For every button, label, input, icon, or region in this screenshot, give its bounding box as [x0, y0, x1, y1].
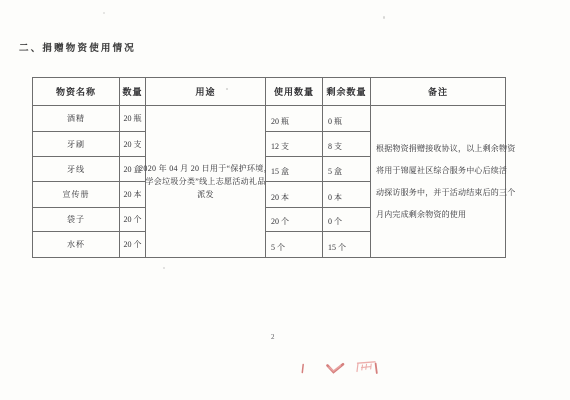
table-row-remaining-quantity: 0 个 [323, 208, 371, 232]
remarks-line: 根据物资捐赠接收协议，以上剩余物资 [376, 138, 515, 160]
purpose-line: 学会垃圾分类”线上志愿活动礼品 [145, 175, 265, 188]
table-row-material-name: 牙刷 [33, 132, 120, 157]
red-ink-marks [295, 355, 415, 379]
table-row-used-quantity: 20 瓶 [266, 106, 323, 132]
col-header-material-name: 物资名称 [33, 78, 120, 106]
donated-supplies-usage-table: 物资名称 数量 用途 使用数量 剩余数量 备注 酒精 牙刷 牙线 宣传册 袋子 … [32, 77, 506, 258]
table-row-remaining-quantity: 15 个 [323, 232, 371, 257]
col-header-remarks: 备注 [371, 78, 505, 106]
table-row-quantity: 20 个 [120, 232, 146, 257]
col-header-quantity: 数量 [120, 78, 146, 106]
remarks-line: 将用于锦厦社区综合服务中心后续活 [376, 160, 507, 182]
scan-speck [103, 12, 105, 14]
table-row-quantity: 20 支 [120, 132, 146, 157]
scanned-document-page: 二、捐赠物资使用情况 物资名称 数量 用途 使用数量 剩余数量 备注 酒精 牙刷… [0, 0, 570, 400]
purpose-line: 派发 [197, 188, 214, 201]
purpose-cell: 2020 年 04 月 20 日用于“保护环境， 学会垃圾分类”线上志愿活动礼品… [146, 106, 266, 257]
col-header-used-quantity: 使用数量 [266, 78, 323, 106]
table-row-used-quantity: 20 本 [266, 182, 323, 208]
remarks-cell: 根据物资捐赠接收协议，以上剩余物资 将用于锦厦社区综合服务中心后续活 动探访服务… [371, 106, 505, 257]
table-row-material-name: 袋子 [33, 208, 120, 232]
page-number: 2 [271, 333, 275, 341]
red-ink-light-strokes [329, 362, 375, 372]
table-row-material-name: 酒精 [33, 106, 120, 132]
scan-speck [383, 16, 385, 19]
table-row-material-name: 牙线 [33, 157, 120, 182]
table-row-quantity: 20 本 [120, 182, 146, 208]
table-row-remaining-quantity: 5 盒 [323, 157, 371, 182]
table-row-remaining-quantity: 0 本 [323, 182, 371, 208]
table-row-remaining-quantity: 8 支 [323, 132, 371, 157]
table-row-used-quantity: 12 支 [266, 132, 323, 157]
col-header-purpose: 用途 [146, 78, 266, 106]
scan-speck [226, 88, 228, 90]
purpose-line: 2020 年 04 月 20 日用于“保护环境， [139, 162, 272, 175]
table-row-quantity: 20 个 [120, 208, 146, 232]
table-row-quantity: 20 瓶 [120, 106, 146, 132]
table-row-used-quantity: 20 个 [266, 208, 323, 232]
table-row-used-quantity: 5 个 [266, 232, 323, 257]
table-row-remaining-quantity: 0 瓶 [323, 106, 371, 132]
col-header-remaining-quantity: 剩余数量 [323, 78, 371, 106]
section-title: 二、捐赠物资使用情况 [19, 40, 136, 54]
table-row-material-name: 宣传册 [33, 182, 120, 208]
remarks-line: 动探访服务中，并于活动结束后的三个 [376, 182, 515, 204]
table-row-material-name: 水杯 [33, 232, 120, 257]
scan-speck [163, 267, 165, 269]
remarks-line: 月内完成剩余物资的使用 [376, 204, 466, 226]
table-row-used-quantity: 15 盒 [266, 157, 323, 182]
